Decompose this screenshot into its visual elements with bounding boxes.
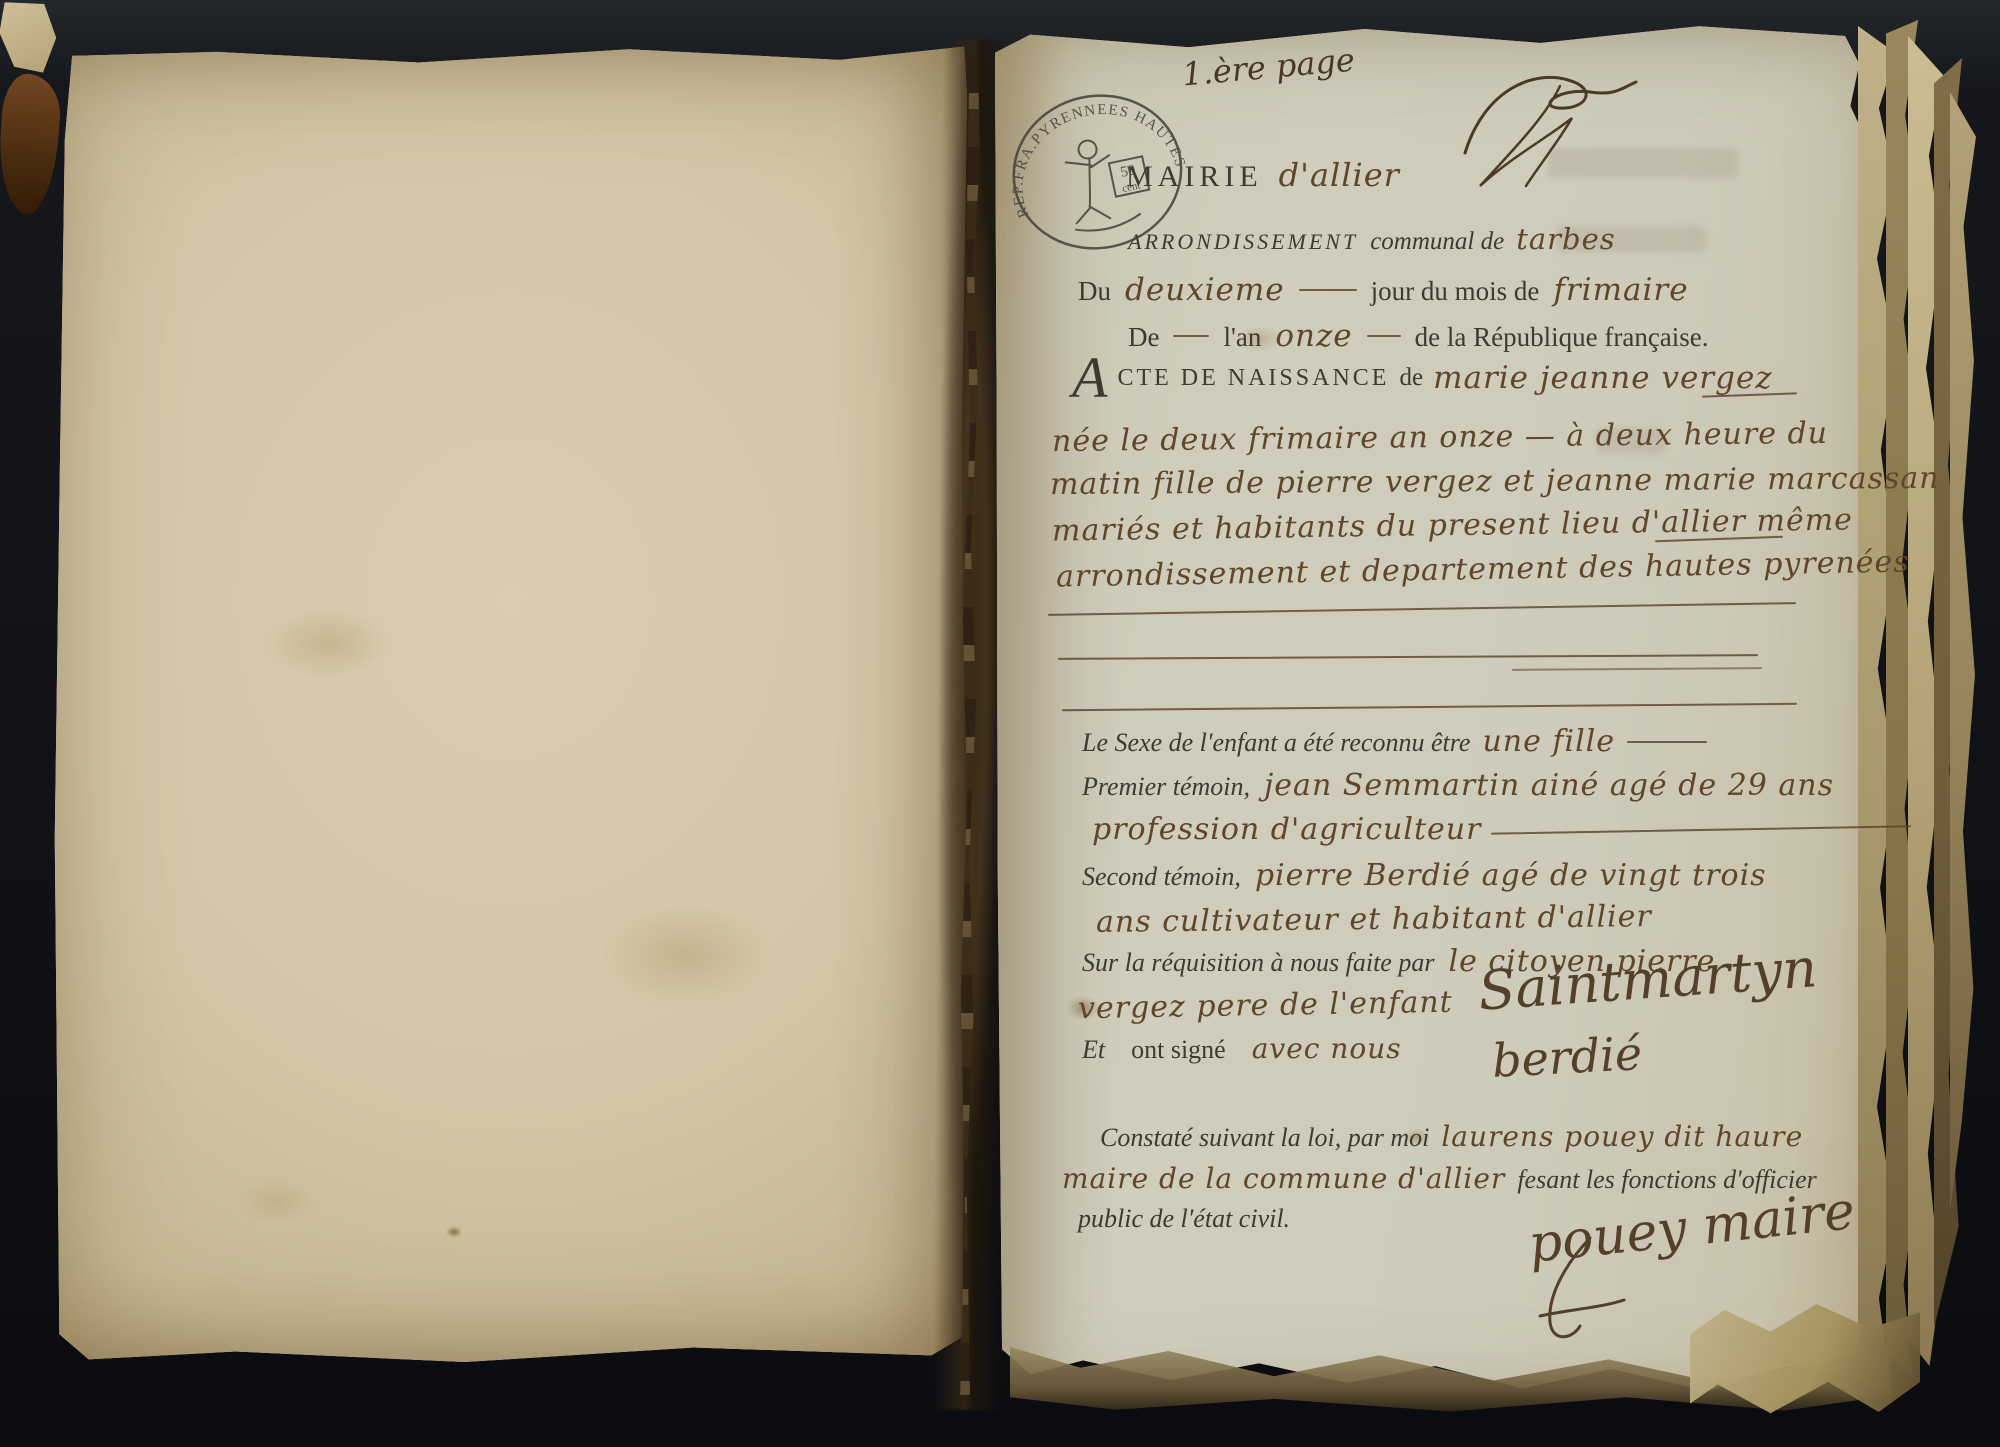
second-witness-label: Second témoin, xyxy=(1082,862,1241,892)
constat-line2: maire de la commune d'allier fesant les … xyxy=(1062,1162,1817,1195)
signed-line: Et ont signé avec nous xyxy=(1082,1032,1402,1065)
second-witness-line: Second témoin, pierre Berdié agé de ving… xyxy=(1082,858,1767,893)
arrondissement-label2: communal de xyxy=(1370,228,1504,256)
svg-text:REP.FRA.PYRENNEES HAUTES: REP.FRA.PYRENNEES HAUTES xyxy=(995,85,1192,220)
signature-flourish xyxy=(1520,1230,1630,1350)
first-witness-profession: profession d'agriculteur xyxy=(1092,812,1481,847)
requisition-cont: vergez pere de l'enfant xyxy=(1078,985,1453,1027)
child-name: marie jeanne vergez xyxy=(1433,360,1773,396)
arrondissement-value: tarbes xyxy=(1516,222,1615,256)
mairie-label: MAIRIE xyxy=(1126,160,1263,194)
date-du: Du xyxy=(1078,276,1111,307)
ink-dash xyxy=(1173,335,1209,337)
date-jour-mois: jour du mois de xyxy=(1371,276,1540,307)
date-lan: l'an xyxy=(1223,322,1261,353)
sexe-label: Le Sexe de l'enfant a été reconnu être xyxy=(1082,728,1470,758)
document-scan: 1.ère page REP.FRA.PYRENNEES HAUTES 50 c… xyxy=(0,0,2000,1447)
first-witness-line: Premier témoin, jean Semmartin ainé agé … xyxy=(1082,768,1834,803)
ink-dash xyxy=(1627,741,1707,743)
date-line-1: Du deuxieme jour du mois de frimaire xyxy=(1078,272,1689,308)
acte-body-line: matin fille de pierre vergez et jeanne m… xyxy=(1050,461,1940,502)
first-witness-label: Premier témoin, xyxy=(1082,772,1250,802)
sexe-line: Le Sexe de l'enfant a été reconnu être u… xyxy=(1082,724,1707,759)
stamp-arc-text: REP.FRA.PYRENNEES HAUTES xyxy=(995,85,1192,220)
first-witness-cont: profession d'agriculteur xyxy=(1092,812,1911,847)
mairie-commune: d'allier xyxy=(1279,156,1400,194)
signed-label: ont signé xyxy=(1131,1035,1226,1065)
signed-et: Et xyxy=(1082,1035,1105,1065)
acte-label: CTE DE NAISSANCE xyxy=(1117,365,1389,392)
date-de: De xyxy=(1128,322,1159,353)
ink-dash xyxy=(1367,335,1401,337)
ink-dash xyxy=(1299,289,1357,291)
constat-hand2: maire de la commune d'allier xyxy=(1062,1162,1505,1195)
constat-line1: Constaté suivant la loi, par moi laurens… xyxy=(1100,1120,1803,1153)
ink-dash xyxy=(1491,825,1911,834)
constat-print1: Constaté suivant la loi, par moi xyxy=(1100,1123,1429,1153)
arrondissement-label: ARRONDISSEMENT xyxy=(1128,229,1358,255)
acte-title-line: A CTE DE NAISSANCE de marie jeanne verge… xyxy=(1072,356,1773,400)
second-witness-cont: ans cultivateur et habitant d'allier xyxy=(1096,899,1652,940)
ink-stain xyxy=(0,72,63,216)
acte-de: de xyxy=(1399,364,1423,392)
date-line-2: De l'an onze de la République française. xyxy=(1128,318,1709,354)
paper-fragment xyxy=(0,0,60,77)
signed-value: avec nous xyxy=(1252,1032,1402,1065)
mairie-line: MAIRIE d'allier xyxy=(1126,156,1400,194)
date-republique: de la République française. xyxy=(1415,322,1709,353)
second-witness-value: pierre Berdié agé de vingt trois xyxy=(1255,858,1767,893)
sexe-value: une fille xyxy=(1482,724,1615,759)
constat-line3: public de l'état civil. xyxy=(1078,1204,1290,1234)
signature-witness2: berdié xyxy=(1491,1026,1644,1088)
requisition-label: Sur la réquisition à nous faite par xyxy=(1082,948,1434,978)
first-witness-value: jean Semmartin ainé agé de 29 ans xyxy=(1264,768,1834,803)
acte-initial: A xyxy=(1072,356,1107,400)
page-edge-stack xyxy=(1950,92,1976,1212)
left-blank-page xyxy=(52,44,968,1366)
constat-hand1: laurens pouey dit haure xyxy=(1441,1120,1803,1153)
date-month-value: frimaire xyxy=(1553,272,1688,308)
date-day-value: deuxieme xyxy=(1125,272,1285,308)
arrondissement-line: ARRONDISSEMENT communal de tarbes xyxy=(1128,222,1616,256)
registrar-paraph xyxy=(1440,58,1650,198)
date-year-value: onze xyxy=(1275,318,1352,354)
